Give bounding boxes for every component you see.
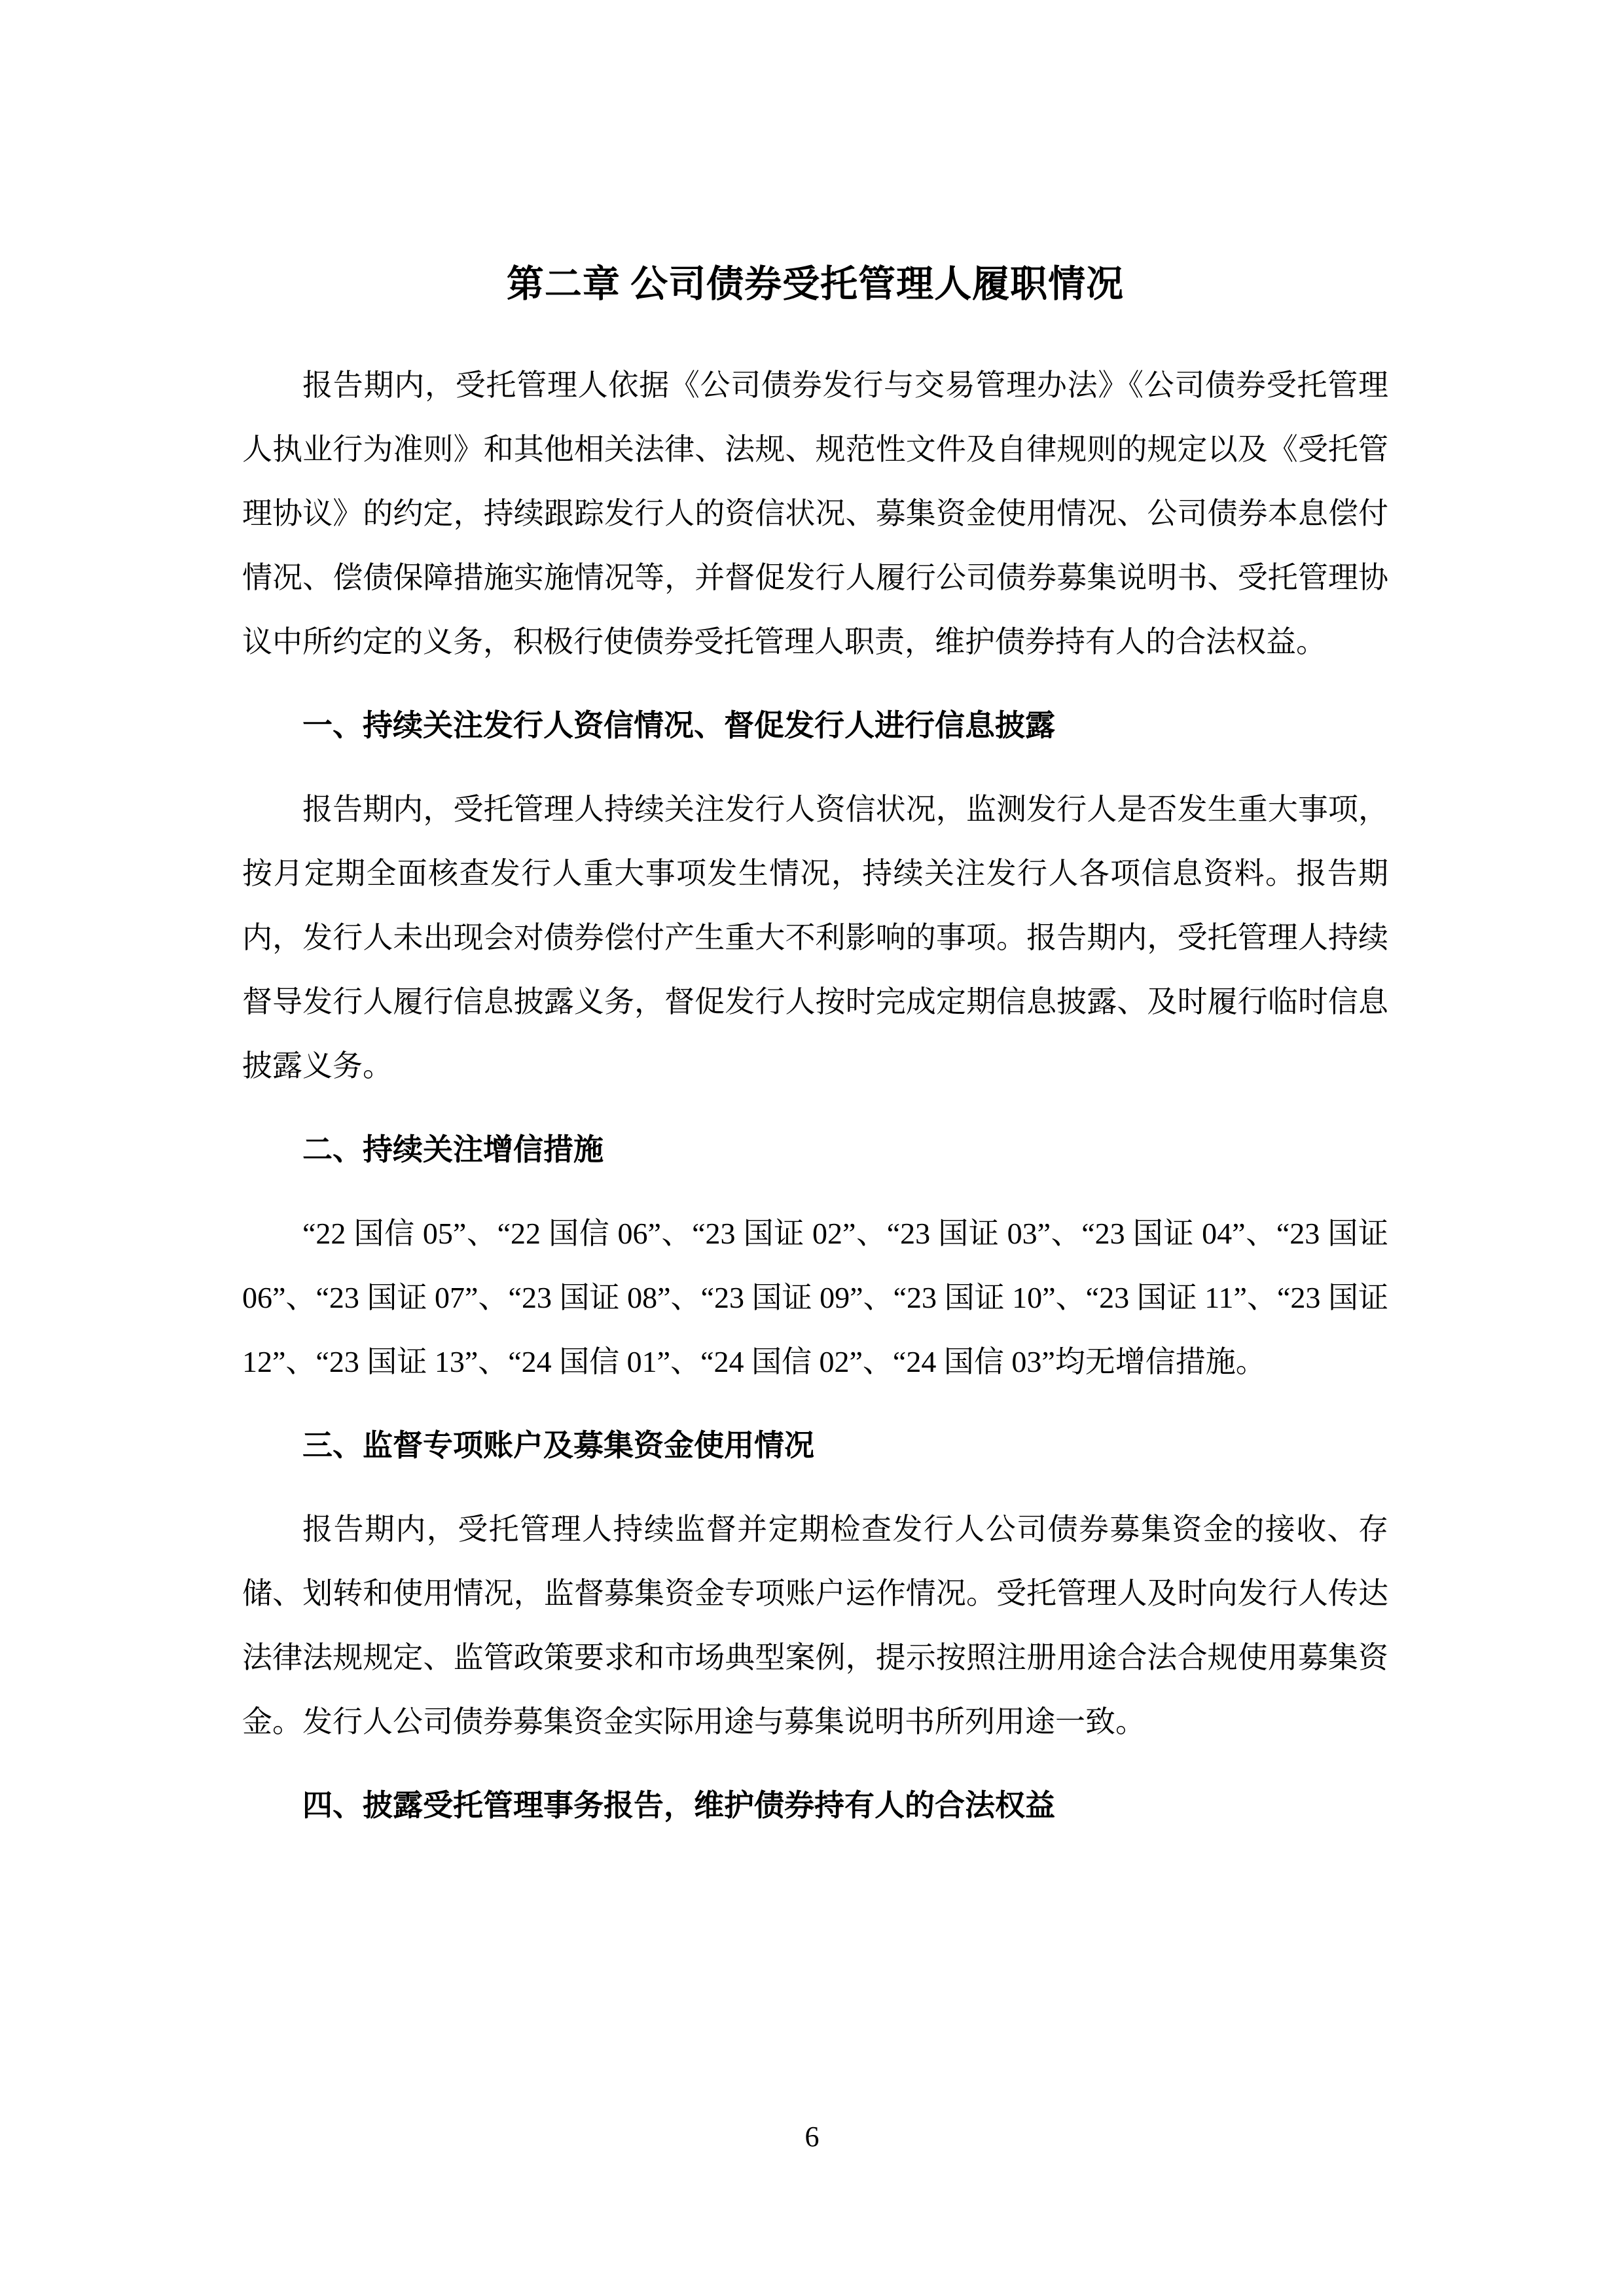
section-1-heading: 一、持续关注发行人资信情况、督促发行人进行信息披露 bbox=[242, 694, 1388, 758]
section-3-body: 报告期内，受托管理人持续监督并定期检查发行人公司债券募集资金的接收、存储、划转和… bbox=[242, 1498, 1388, 1754]
section-4-heading: 四、披露受托管理事务报告，维护债券持有人的合法权益 bbox=[242, 1774, 1388, 1838]
section-2-body: “22 国信 05”、“22 国信 06”、“23 国证 02”、“23 国证 … bbox=[242, 1202, 1388, 1394]
section-3-heading: 三、监督专项账户及募集资金使用情况 bbox=[242, 1414, 1388, 1478]
chapter-title: 第二章 公司债券受托管理人履职情况 bbox=[242, 252, 1388, 317]
document-page: 第二章 公司债券受托管理人履职情况 报告期内，受托管理人依据《公司债券发行与交易… bbox=[0, 0, 1624, 2296]
section-2-heading: 二、持续关注增信措施 bbox=[242, 1118, 1388, 1182]
section-1-body: 报告期内，受托管理人持续关注发行人资信状况，监测发行人是否发生重大事项，按月定期… bbox=[242, 778, 1388, 1098]
intro-paragraph: 报告期内，受托管理人依据《公司债券发行与交易管理办法》《公司债券受托管理人执业行… bbox=[242, 353, 1388, 674]
page-number: 6 bbox=[0, 2121, 1624, 2153]
